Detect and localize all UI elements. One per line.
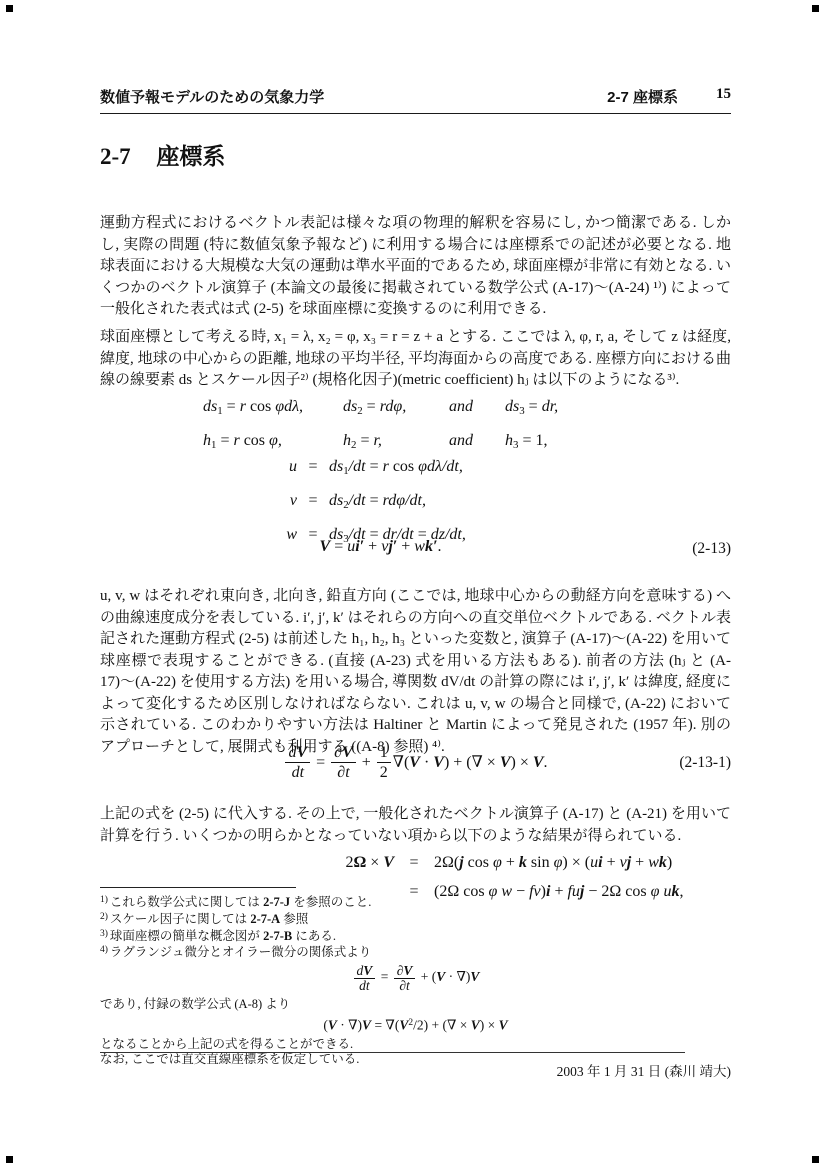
eq-ds1: ds1 = r cos φdλ,: [203, 392, 343, 426]
section-title: 2-7 座標系: [100, 138, 225, 171]
equation-scale-factors: ds1 = r cos φdλ, ds2 = rdφ, and ds3 = dr…: [100, 392, 558, 460]
footnote-marker: 2): [100, 912, 108, 922]
equation-number-2-13-1: (2-13-1): [679, 754, 731, 772]
equation-2-13-1-body: dVdt = ∂V∂t + 12∇(V · V) + (∇ × V) × V.: [283, 754, 547, 771]
header-section-label: 2-7 座標系: [607, 86, 678, 107]
equation-2-13-1: dVdt = ∂V∂t + 12∇(V · V) + (∇ × V) × V. …: [100, 745, 731, 782]
footnote-text-between: であり, 付録の数学公式 (A-8) より: [100, 997, 731, 1012]
equation-2-13: V = ui′ + vj′ + wk′. (2-13): [100, 538, 731, 556]
eq-and: and: [449, 392, 505, 426]
corner-crop-mark: [812, 1156, 819, 1163]
header-page-number: 15: [716, 86, 731, 107]
corner-crop-mark: [812, 5, 819, 12]
document-page: 数値予報モデルのための気象力学 2-7 座標系 15 2-7 座標系 運動方程式…: [0, 0, 826, 1169]
footnote-3: 3)球面座標の簡単な概念図が 2-7-B にある.: [100, 927, 731, 944]
section-name: 座標系: [156, 143, 225, 169]
header-right: 2-7 座標系 15: [607, 86, 731, 107]
equation-2-13-body: V = ui′ + vj′ + wk′.: [320, 538, 442, 555]
footnote-2: 2)スケール因子に関しては 2-7-A 参照: [100, 910, 731, 927]
eq-ds2: ds2 = rdφ,: [343, 392, 449, 426]
footnote-rule: [100, 887, 296, 888]
paragraph-substitution: 上記の式を (2-5) に代入する. その上で, 一般化されたベクトル演算子 (…: [100, 804, 731, 847]
equation-coriolis-line-1: 2Ω × V = 2Ω(j cos φ + k sin φ) × (ui + v…: [308, 848, 683, 877]
corner-crop-mark: [6, 5, 13, 12]
footnote-marker: 4): [100, 945, 108, 955]
footer-date-author: 2003 年 1 月 31 日 (森川 靖大): [100, 1053, 731, 1080]
footnote-text-after-1: となることから上記の式を得ることができる.: [100, 1037, 731, 1052]
page-header: 数値予報モデルのための気象力学 2-7 座標系 15: [100, 86, 731, 114]
equation-number-2-13: (2-13): [692, 540, 731, 558]
footnote-4: 4)ラグランジュ微分とオイラー微分の関係式より: [100, 943, 731, 960]
paragraph-spherical-coords: 球面座標として考える時, x₁ = λ, x₂ = φ, x₃ = r = z …: [100, 327, 731, 392]
footnote-equation-lagrange: dVdt = ∂V∂t + (V · ∇)V: [100, 964, 731, 992]
header-book-title: 数値予報モデルのための気象力学: [100, 86, 324, 107]
eq-ds3: ds3 = dr,: [505, 392, 558, 426]
eq-h3: h3 = 1,: [505, 426, 558, 460]
footnote-equation-advection: (V · ∇)V = ∇(V2/2) + (∇ × V) × V: [100, 1016, 731, 1032]
footnotes: 1)これら数学公式に関しては 2-7-J を参照のこと. 2)スケール因子に関し…: [100, 893, 731, 1067]
equation-line-u: u = ds1/dt = r cos φdλ/dt,: [283, 452, 466, 486]
section-number: 2-7: [100, 144, 131, 169]
corner-crop-mark: [6, 1156, 13, 1163]
footnote-1: 1)これら数学公式に関しては 2-7-J を参照のこと.: [100, 893, 731, 910]
paragraph-unit-vectors: u, v, w はそれぞれ東向き, 北向き, 鉛直方向 (ここでは, 地球中心か…: [100, 586, 731, 758]
footnote-marker: 3): [100, 929, 108, 939]
page-footer: 2003 年 1 月 31 日 (森川 靖大): [100, 1052, 731, 1080]
equation-line-v: v = ds2/dt = rdφ/dt,: [283, 486, 466, 520]
footnote-marker: 1): [100, 895, 108, 905]
paragraph-intro: 運動方程式におけるベクトル表記は様々な項の物理的解釈を容易にし, かつ簡潔である…: [100, 213, 731, 321]
equation-line-ds: ds1 = r cos φdλ, ds2 = rdφ, and ds3 = dr…: [203, 392, 558, 426]
page-content: 数値予報モデルのための気象力学 2-7 座標系 15 2-7 座標系 運動方程式…: [100, 0, 731, 1169]
